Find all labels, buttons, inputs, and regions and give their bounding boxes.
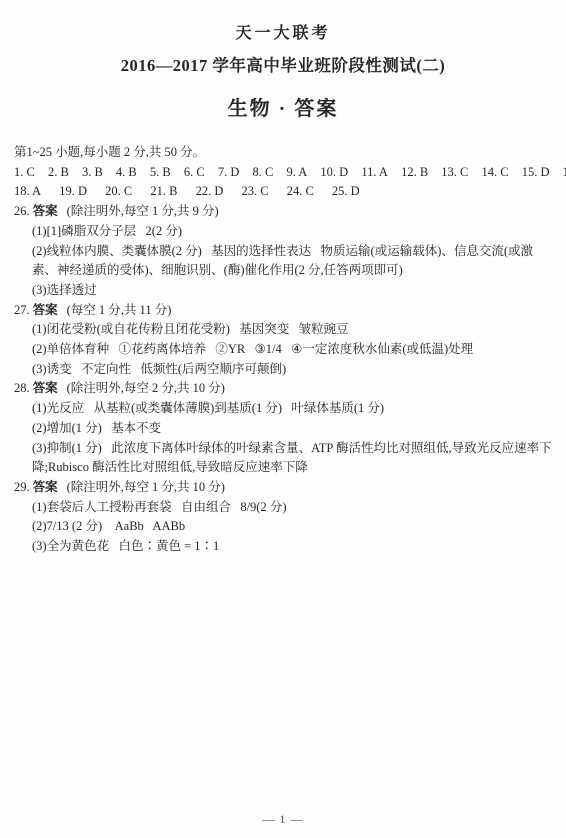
choice-answer-13: 13. C [441, 163, 468, 183]
answer-line: (2)7/13 (2 分) AaBb AABb [14, 517, 552, 537]
page-number: — 1 — [263, 812, 304, 826]
choice-answer-16: 16. D [563, 163, 566, 183]
exam-brand: 天一大联考 [0, 20, 566, 43]
choice-answer-3: 3. B [82, 163, 103, 183]
scoring-note: (除注明外,每空 1 分,共 10 分) [67, 480, 225, 494]
choice-answer-12: 12. B [401, 163, 428, 183]
question-number: 29. [14, 480, 30, 494]
choice-answer-22: 22. D [196, 182, 224, 202]
answer-line: (2)线粒体内膜、类囊体膜(2 分) 基因的选择性表达 物质运输(或运输载体)、… [14, 242, 552, 281]
answer-line: (3)全为黄色花 白色∶黄色 = 1∶1 [14, 537, 552, 557]
choice-answer-14: 14. C [482, 163, 509, 183]
page-footer: — 1 — [0, 812, 566, 827]
answer-line: (1)闭花受粉(或自花传粉且闭花受粉) 基因突变 皱粒豌豆 [14, 320, 552, 340]
exam-session: 2016—2017 学年高中毕业班阶段性测试(二) [0, 52, 566, 76]
answer-section-27: 27.答案(每空 1 分,共 11 分) (1)闭花受粉(或自花传粉且闭花受粉)… [14, 301, 552, 380]
answer-label: 答案 [33, 381, 58, 395]
choice-answer-21: 21. B [150, 182, 177, 202]
section-29-header: 29.答案(除注明外,每空 1 分,共 10 分) [14, 478, 552, 498]
scoring-note: (除注明外,每空 2 分,共 10 分) [67, 381, 225, 395]
answer-section-26: 26.答案(除注明外,每空 1 分,共 9 分) (1)[1]磷脂双分子层 2(… [14, 202, 552, 301]
choice-answers-row-2: 18. A 19. D 20. C 21. B 22. D 23. C 24. … [14, 182, 552, 202]
answer-sheet-page: 天一大联考 2016—2017 学年高中毕业班阶段性测试(二) 生物 · 答案 … [0, 0, 566, 838]
answer-line: (1)光反应 从基粒(或类囊体薄膜)到基质(1 分) 叶绿体基质(1 分) [14, 399, 552, 419]
document-header: 天一大联考 2016—2017 学年高中毕业班阶段性测试(二) 生物 · 答案 [0, 0, 566, 121]
scoring-note: (除注明外,每空 1 分,共 9 分) [67, 204, 219, 218]
answers-body: 第1~25 小题,每小题 2 分,共 50 分。 1. C 2. B 3. B … [0, 143, 566, 557]
choice-answer-7: 7. D [218, 163, 240, 183]
scoring-note: (每空 1 分,共 11 分) [67, 303, 172, 317]
answer-section-28: 28.答案(除注明外,每空 2 分,共 10 分) (1)光反应 从基粒(或类囊… [14, 379, 552, 478]
choice-answer-15: 15. D [522, 163, 550, 183]
answer-line: (1)[1]磷脂双分子层 2(2 分) [14, 222, 552, 242]
answer-line: (3)诱变 不定向性 低频性(后两空顺序可颠倒) [14, 360, 552, 380]
choice-answer-18: 18. A [14, 182, 41, 202]
choice-answer-4: 4. B [116, 163, 137, 183]
choice-answer-8: 8. C [252, 163, 273, 183]
choice-answer-2: 2. B [48, 163, 69, 183]
answer-label: 答案 [33, 303, 58, 317]
section-27-header: 27.答案(每空 1 分,共 11 分) [14, 301, 552, 321]
section-28-header: 28.答案(除注明外,每空 2 分,共 10 分) [14, 379, 552, 399]
answer-line: (2)单倍体育种 ①花药离体培养 ②YR ③1/4 ④一定浓度秋水仙素(或低温)… [14, 340, 552, 360]
answer-label: 答案 [33, 480, 58, 494]
question-number: 27. [14, 303, 30, 317]
question-number: 26. [14, 204, 30, 218]
choice-section-intro: 第1~25 小题,每小题 2 分,共 50 分。 [14, 143, 552, 163]
question-number: 28. [14, 381, 30, 395]
answer-line: (2)增加(1 分) 基本不变 [14, 419, 552, 439]
choice-answer-6: 6. C [184, 163, 205, 183]
subject-title: 生物 · 答案 [0, 92, 566, 121]
choice-answer-11: 11. A [361, 163, 388, 183]
choice-answer-24: 24. C [287, 182, 314, 202]
choice-answer-1: 1. C [14, 163, 35, 183]
choice-answer-5: 5. B [150, 163, 171, 183]
answer-section-29: 29.答案(除注明外,每空 1 分,共 10 分) (1)套袋后人工授粉再套袋 … [14, 478, 552, 557]
choice-answer-10: 10. D [320, 163, 348, 183]
section-26-header: 26.答案(除注明外,每空 1 分,共 9 分) [14, 202, 552, 222]
choice-answer-23: 23. C [241, 182, 268, 202]
answer-line: (3)选择透过 [14, 281, 552, 301]
answer-line: (1)套袋后人工授粉再套袋 自由组合 8/9(2 分) [14, 498, 552, 518]
answer-line: (3)抑制(1 分) 此浓度下离体叶绿体的叶绿素含量、ATP 酶活性均比对照组低… [14, 439, 552, 478]
choice-answers-row-1: 1. C 2. B 3. B 4. B 5. B 6. C 7. D 8. C … [14, 163, 552, 183]
choice-answer-25: 25. D [332, 182, 360, 202]
choice-answer-19: 19. D [59, 182, 87, 202]
answer-label: 答案 [33, 204, 58, 218]
choice-answer-20: 20. C [105, 182, 132, 202]
choice-answer-9: 9. A [286, 163, 307, 183]
